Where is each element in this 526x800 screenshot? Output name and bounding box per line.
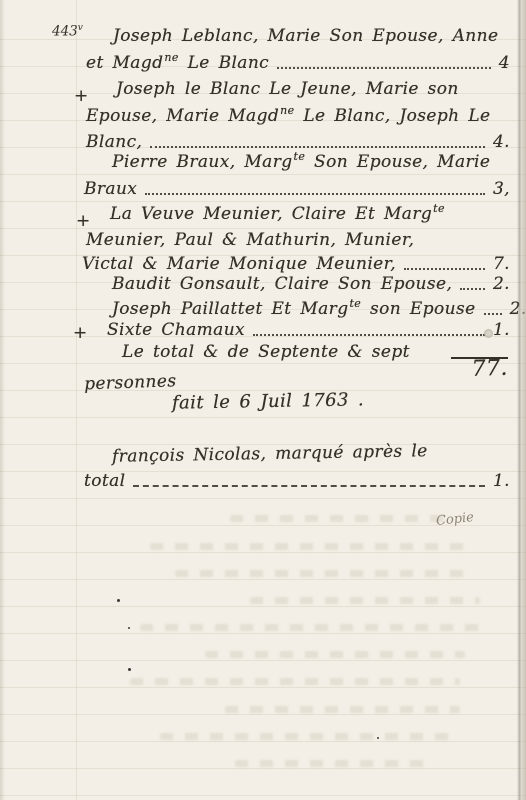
bleed-through-mark bbox=[225, 706, 460, 713]
bleed-through-mark bbox=[250, 597, 480, 604]
entry-count: 4. bbox=[493, 130, 510, 154]
entry-text: Joseph le Blanc Le Jeune, Marie son bbox=[116, 77, 459, 101]
entry-count: 3, bbox=[493, 177, 510, 201]
bleed-through-mark bbox=[235, 760, 430, 767]
manuscript-line: et Magdne Le Blanc 4 bbox=[86, 51, 510, 75]
entry-text: Le total & de Septente & sept bbox=[122, 340, 410, 364]
entry-text: Joseph Leblanc, Marie Son Epouse, Anne bbox=[113, 24, 498, 48]
bleed-through-mark bbox=[130, 678, 460, 685]
entry-count: 1. bbox=[493, 469, 510, 493]
date-line: fait le 6 Juil 1763 . bbox=[172, 388, 364, 415]
dotted-leader bbox=[404, 268, 485, 270]
folio-number: 443v bbox=[52, 23, 83, 40]
manuscript-line: + Joseph le Blanc Le Jeune, Marie son bbox=[116, 77, 459, 101]
dotted-leader bbox=[460, 288, 485, 290]
entry-text: Baudit Gonsault, Claire Son Epouse, bbox=[112, 272, 452, 296]
margin-rule bbox=[76, 0, 77, 800]
dotted-leader bbox=[253, 334, 485, 336]
bleed-through-mark bbox=[230, 515, 450, 522]
dashed-leader bbox=[133, 485, 484, 487]
paper-speck bbox=[377, 737, 379, 739]
paper-speck bbox=[117, 599, 120, 602]
bleed-through-mark bbox=[160, 733, 460, 740]
manuscript-line: françois Nicolas, marqué après le bbox=[112, 439, 428, 469]
entry-text: Meunier, Paul & Mathurin, Munier, bbox=[86, 228, 414, 252]
page-edge-left bbox=[0, 0, 5, 800]
bleed-through-mark bbox=[140, 624, 480, 631]
entry-text: Pierre Braux, Margte Son Epouse, Marie bbox=[112, 150, 490, 174]
entry-text: et Magdne Le Blanc bbox=[86, 51, 269, 75]
dotted-leader bbox=[150, 146, 485, 148]
cross-mark: + bbox=[73, 321, 88, 345]
bleed-through-mark bbox=[175, 570, 470, 577]
entry-text: total bbox=[84, 469, 125, 493]
entry-count: 2. bbox=[493, 272, 510, 296]
manuscript-line: Meunier, Paul & Mathurin, Munier, bbox=[86, 228, 414, 252]
dotted-leader bbox=[484, 313, 502, 315]
entry-text: Epouse, Marie Magdne Le Blanc, Joseph Le bbox=[86, 104, 490, 128]
folio-superscript: v bbox=[78, 23, 83, 33]
entry-text: La Veuve Meunier, Claire Et Margte bbox=[110, 202, 445, 226]
paper-speck bbox=[128, 627, 130, 629]
page-edge-shadow bbox=[517, 0, 526, 800]
entry-count: 4 bbox=[499, 51, 510, 75]
entry-text: françois Nicolas, marqué après le bbox=[112, 439, 428, 469]
manuscript-line: + Sixte Chamaux 1. bbox=[107, 318, 510, 342]
dotted-leader bbox=[145, 193, 485, 195]
manuscript-line: Baudit Gonsault, Claire Son Epouse, 2. bbox=[112, 272, 510, 296]
manuscript-line: Epouse, Marie Magdne Le Blanc, Joseph Le bbox=[86, 104, 490, 128]
entry-text: Braux bbox=[84, 177, 137, 201]
bleed-through-mark bbox=[150, 543, 470, 550]
paper-speck bbox=[128, 668, 131, 671]
manuscript-line: total 1. bbox=[84, 469, 510, 493]
entry-text: personnes bbox=[84, 369, 177, 396]
manuscript-line: + La Veuve Meunier, Claire Et Margte bbox=[110, 202, 445, 226]
entry-text: Sixte Chamaux bbox=[107, 318, 245, 342]
dotted-leader bbox=[277, 67, 491, 69]
manuscript-line: Pierre Braux, Margte Son Epouse, Marie bbox=[112, 150, 490, 174]
bleed-through-mark bbox=[205, 651, 465, 658]
folio-base: 443 bbox=[52, 24, 78, 40]
manuscript-line: Braux 3, bbox=[84, 177, 510, 201]
paper-blemish bbox=[484, 329, 493, 338]
copy-annotation: Copie bbox=[435, 510, 474, 529]
manuscript-page: 443v Joseph Leblanc, Marie Son Epouse, A… bbox=[0, 0, 526, 800]
total-count: 77. bbox=[471, 357, 508, 382]
entry-count: 1. bbox=[493, 318, 510, 342]
manuscript-line: Joseph Leblanc, Marie Son Epouse, Anne bbox=[113, 24, 498, 48]
entry-text: fait le 6 Juil 1763 . bbox=[172, 388, 364, 415]
